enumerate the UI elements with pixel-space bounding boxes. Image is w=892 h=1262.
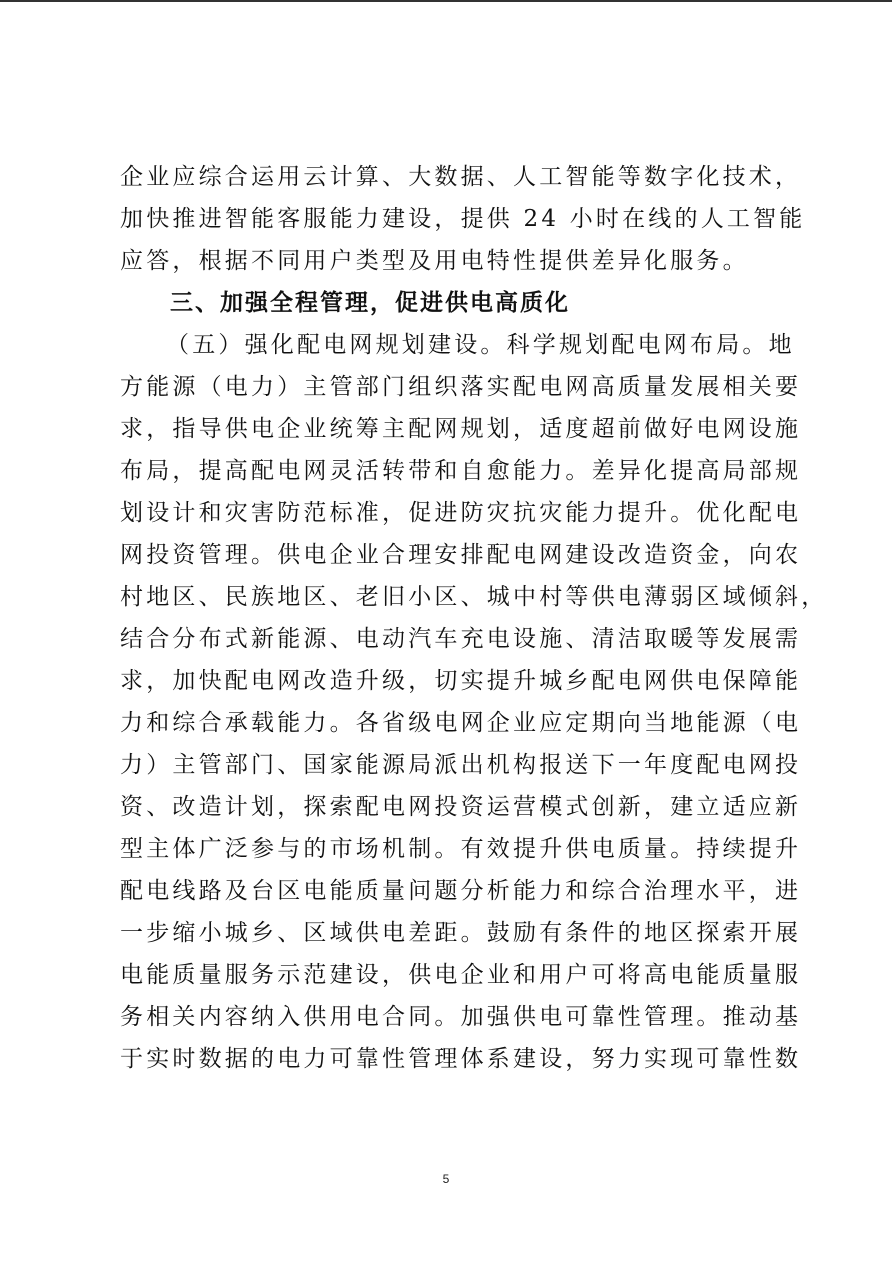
document-page: 企业应综合运用云计算、大数据、人工智能等数字化技术， 加快推进智能客服能力建设，… [120, 156, 775, 1080]
section-line-10: 力和综合承载能力。各省级电网企业应定期向当地能源（电 [120, 702, 775, 744]
section-line-8: 结合分布式新能源、电动汽车充电设施、清洁取暖等发展需 [120, 618, 775, 660]
section-line-1: （五）强化配电网规划建设。科学规划配电网布局。地 [120, 324, 775, 366]
page-top-border [0, 0, 892, 2]
section-line-11: 力）主管部门、国家能源局派出机构报送下一年度配电网投 [120, 744, 775, 786]
page-number: 5 [0, 1172, 892, 1186]
section-line-7: 村地区、民族地区、老旧小区、城中村等供电薄弱区域倾斜， [120, 576, 775, 618]
section-line-17: 务相关内容纳入供用电合同。加强供电可靠性管理。推动基 [120, 996, 775, 1038]
section-line-18: 于实时数据的电力可靠性管理体系建设，努力实现可靠性数 [120, 1038, 775, 1080]
section-line-5: 划设计和灾害防范标准，促进防灾抗灾能力提升。优化配电 [120, 492, 775, 534]
section-line-16: 电能质量服务示范建设，供电企业和用户可将高电能质量服 [120, 954, 775, 996]
section-line-4: 布局，提高配电网灵活转带和自愈能力。差异化提高局部规 [120, 450, 775, 492]
section-line-15: 一步缩小城乡、区域供电差距。鼓励有条件的地区探索开展 [120, 912, 775, 954]
section-line-14: 配电线路及台区电能质量问题分析能力和综合治理水平，进 [120, 870, 775, 912]
section-line-9: 求，加快配电网改造升级，切实提升城乡配电网供电保障能 [120, 660, 775, 702]
section-line-3: 求，指导供电企业统筹主配网规划，适度超前做好电网设施 [120, 408, 775, 450]
intro-line-2: 加快推进智能客服能力建设，提供 24 小时在线的人工智能 [120, 198, 775, 240]
section-line-12: 资、改造计划，探索配电网投资运营模式创新，建立适应新 [120, 786, 775, 828]
section-heading: 三、加强全程管理，促进供电高质化 [120, 282, 775, 324]
intro-line-1: 企业应综合运用云计算、大数据、人工智能等数字化技术， [120, 156, 775, 198]
section-line-6: 网投资管理。供电企业合理安排配电网建设改造资金，向农 [120, 534, 775, 576]
section-line-2: 方能源（电力）主管部门组织落实配电网高质量发展相关要 [120, 366, 775, 408]
section-line-13: 型主体广泛参与的市场机制。有效提升供电质量。持续提升 [120, 828, 775, 870]
intro-line-3: 应答，根据不同用户类型及用电特性提供差异化服务。 [120, 240, 775, 282]
